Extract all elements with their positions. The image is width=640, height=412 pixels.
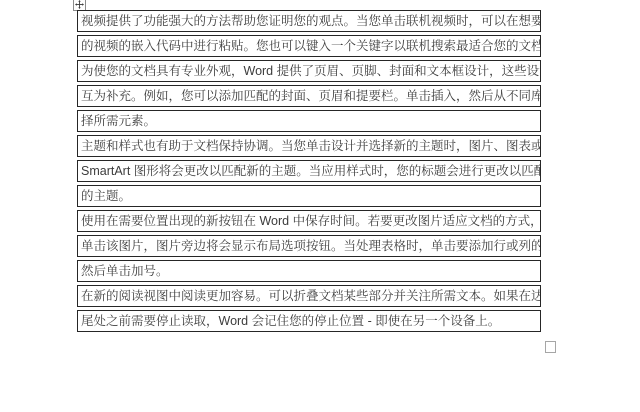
text-line[interactable]: 使用在需要位置出现的新按钮在 Word 中保存时间。若要更改图片适应文档的方式，… bbox=[77, 210, 541, 232]
four-way-arrow-move-icon bbox=[75, 0, 84, 9]
text-line[interactable]: 尾处之前需要停止读取，Word 会记住您的停止位置 - 即使在另一个设备上。 bbox=[77, 310, 541, 332]
text-line[interactable]: 然后单击加号。 bbox=[77, 260, 541, 282]
text-line[interactable]: 择所需元素。 bbox=[77, 110, 541, 132]
table-resize-handle[interactable] bbox=[545, 341, 556, 353]
text-line[interactable]: 单击该图片，图片旁边将会显示布局选项按钮。当处理表格时，单击要添加行或列的位置， bbox=[77, 235, 541, 257]
document-page: 视频提供了功能强大的方法帮助您证明您的观点。当您单击联机视频时，可以在想要添加 … bbox=[0, 0, 640, 412]
text-line[interactable]: 视频提供了功能强大的方法帮助您证明您的观点。当您单击联机视频时，可以在想要添加 bbox=[77, 10, 541, 32]
bordered-text-table: 视频提供了功能强大的方法帮助您证明您的观点。当您单击联机视频时，可以在想要添加 … bbox=[77, 10, 541, 335]
text-line[interactable]: 为使您的文档具有专业外观，Word 提供了页眉、页脚、封面和文本框设计，这些设计… bbox=[77, 60, 541, 82]
text-line[interactable]: 互为补充。例如，您可以添加匹配的封面、页眉和提要栏。单击插入，然后从不同库中选 bbox=[77, 85, 541, 107]
text-line[interactable]: 主题和样式也有助于文档保持协调。当您单击设计并选择新的主题时，图片、图表或 bbox=[77, 135, 541, 157]
text-line[interactable]: 的主题。 bbox=[77, 185, 541, 207]
text-line[interactable]: SmartArt 图形将会更改以匹配新的主题。当应用样式时，您的标题会进行更改以… bbox=[77, 160, 541, 182]
text-line[interactable]: 在新的阅读视图中阅读更加容易。可以折叠文档某些部分并关注所需文本。如果在达到结 bbox=[77, 285, 541, 307]
text-line[interactable]: 的视频的嵌入代码中进行粘贴。您也可以键入一个关键字以联机搜索最适合您的文档。 bbox=[77, 35, 541, 57]
